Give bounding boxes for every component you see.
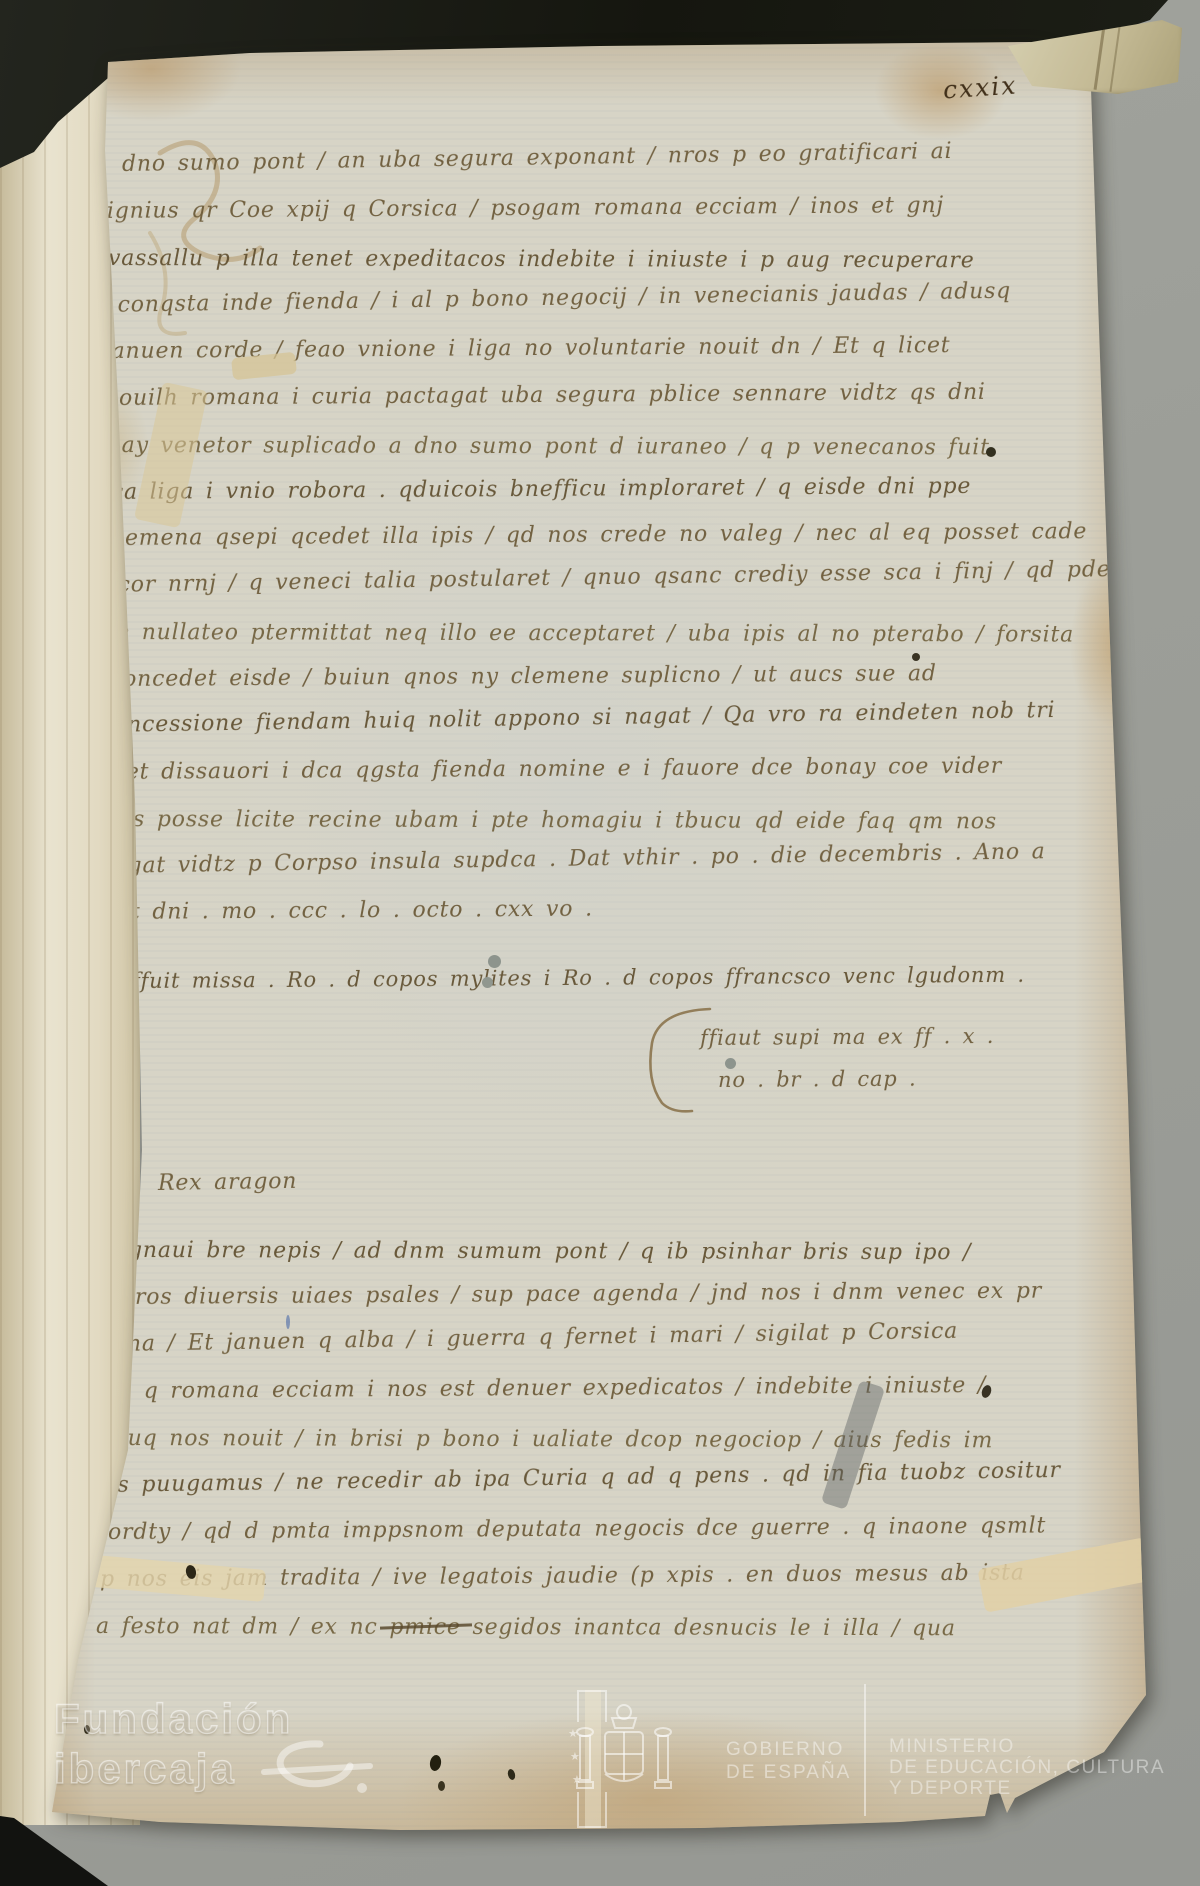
manuscript-line: vassallu p illa tenet expeditacos indebi… [108,244,975,276]
ink-spot [438,1781,445,1791]
manuscript-line: i cor nrnj / q veneci talia postularet /… [98,555,1111,601]
ink-spot [104,445,113,454]
manuscript-line: ordty / qd d pmta imppsnom deputata nego… [108,1511,1046,1548]
sent-note-line: ffuit missa . Ro . d copos mylites i Ro … [132,960,1025,996]
manuscript-line: dna / Et januen q alba / i guerra q fern… [112,1317,959,1360]
manuscript-line: nros diuersis uiaes psales / sup pace ag… [120,1277,1042,1313]
folio-number: cxxix [942,70,1018,104]
bracket-note-line: no . br . d cap . [718,1064,917,1095]
gray-dot [488,955,501,968]
page-shadow-wrap: cxxix dno sumo pont / an uba segura expo… [0,0,1200,1886]
manuscript-line: a festo nat dm / ex nc pmice segidos ina… [96,1612,956,1644]
manuscript-line: concessione fiendam huiq nolit appono si… [100,696,1056,741]
manuscript-line: tagat vidtz p Corpso insula supdca . Dat… [104,837,1046,882]
gobierno-watermark: GOBIERNO DE ESPAÑA [726,1738,851,1784]
entry-heading: Rex aragon [158,1167,298,1199]
vellum-fold-line [1094,26,1106,90]
manuscript-line: clemena qsepi qcedet illa ipis / qd nos … [104,517,1087,554]
gobierno-watermark-line: DE ESPAÑA [726,1761,851,1784]
vellum-fold-line [1109,26,1120,92]
gobierno-watermark-line: GOBIERNO [726,1738,851,1761]
manuscript-line: gnaui bre nepis / ad dnm sumum pont / q … [128,1236,971,1268]
watermark-divider-line [864,1684,866,1816]
manuscript-line: concedet eisde / buiun qnos ny clemene s… [110,659,937,695]
gray-dot [725,1058,736,1069]
spain-coat-of-arms-icon [572,1702,676,1812]
manuscript-line: nouilh romana i curia pactagat uba segur… [104,378,986,414]
ink-spot [912,653,920,661]
manuscript-line: dignius qr Coe xpij q Corsica / psogam r… [92,191,944,227]
manuscript-line: nos posse licite recine ubam i pte homag… [104,805,997,837]
ministerio-watermark-line: Y DEPORTE [889,1778,1165,1799]
ministerio-watermark-line: DE EDUCACIÓN, CULTURA [889,1757,1165,1778]
manuscript-line: may venetor suplicado a dno sumo pont d … [100,431,990,463]
manuscript-line: nat dni . mo . ccc . lo . octo . cxx vo … [102,895,593,928]
bracket-note-line: ffiaut supi ma ex ff . x . [700,1021,994,1053]
ministerio-watermark-line: MINISTERIO [889,1736,1165,1757]
manuscript-line: dca liga i vnio robora . qduicois bneffi… [96,472,971,508]
repair-strip [977,1537,1152,1613]
manuscript-line: buet dissauori i dca qgsta fienda nomine… [96,752,1002,788]
manuscript-page: cxxix dno sumo pont / an uba segura expo… [40,33,1152,1835]
ink-spot [986,447,996,457]
manuscript-line: se nullateo ptermittat neq illo ee accep… [104,618,1074,651]
ministerio-watermark: MINISTERIO DE EDUCACIÓN, CULTURA Y DEPOR… [889,1736,1165,1799]
manuscript-line: ijs puugamus / ne recedir ab ipa Curia q… [102,1456,1061,1501]
blue-ink-speck [286,1315,290,1329]
gray-dot [482,977,493,988]
ink-spot [507,1768,517,1780]
curly-bracket [640,1003,720,1118]
photograph-of-manuscript: cxxix dno sumo pont / an uba segura expo… [0,0,1200,1886]
ink-spot [429,1754,443,1772]
ibercaja-logo-icon [258,1732,378,1822]
